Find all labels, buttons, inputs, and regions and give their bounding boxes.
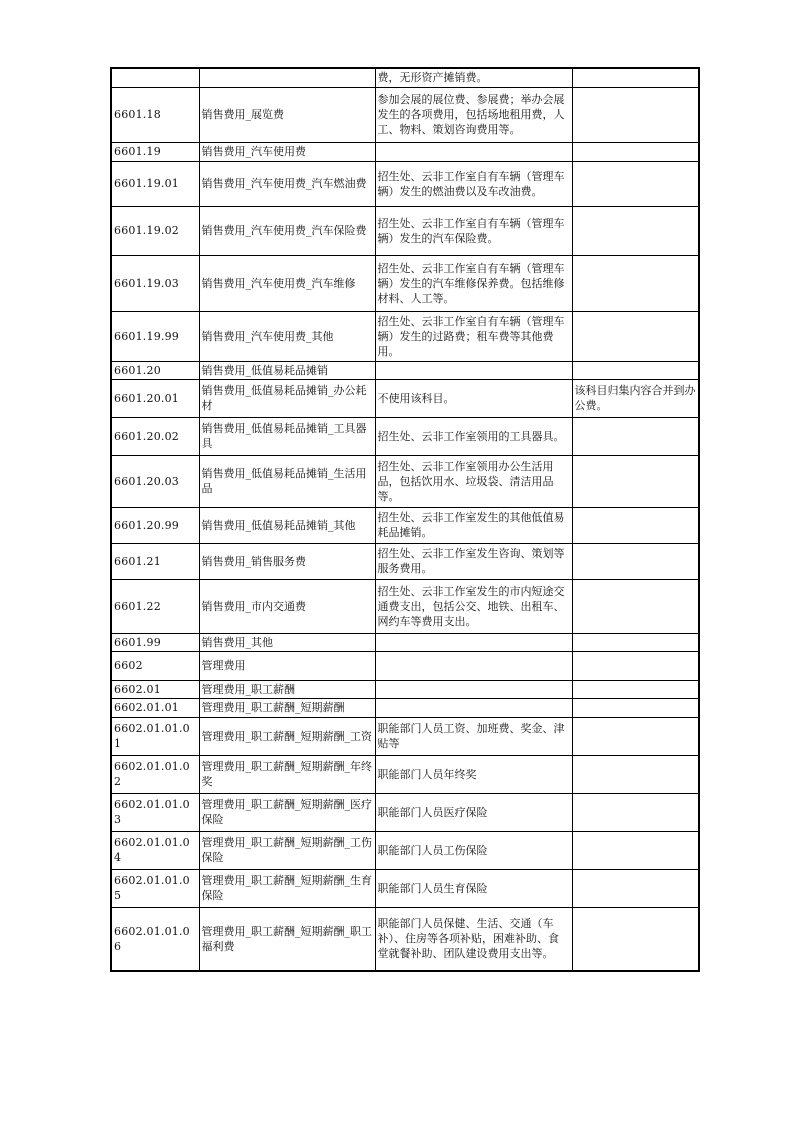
account-name-cell: 销售费用_汽车使用费 xyxy=(199,142,375,161)
description-cell: 招生处、云非工作室领用的工具器具。 xyxy=(375,417,572,455)
account-name-cell: 销售费用_展览费 xyxy=(199,87,375,142)
description-cell: 招生处、云非工作室自有车辆（管理车辆）发生的燃油费以及车改油费。 xyxy=(375,161,572,206)
note-cell xyxy=(572,87,699,142)
table-row: 6602.01.01.04管理费用_职工薪酬_短期薪酬_工伤保险职能部门人员工伤… xyxy=(111,831,699,869)
note-cell: 该科目归集内容合并到办公费。 xyxy=(572,379,699,417)
account-name-cell: 管理费用_职工薪酬_短期薪酬_工资 xyxy=(199,717,375,755)
table-row: 6601.20.99销售费用_低值易耗品摊销_其他招生处、云非工作室发生的其他低… xyxy=(111,507,699,543)
account-code-cell: 6602.01.01.01 xyxy=(111,717,199,755)
table-row: 6602.01.01管理费用_职工薪酬_短期薪酬 xyxy=(111,698,699,717)
account-code-cell: 6602.01.01.04 xyxy=(111,831,199,869)
table-row: 6601.20销售费用_低值易耗品摊销 xyxy=(111,361,699,379)
account-name-cell: 管理费用_职工薪酬_短期薪酬 xyxy=(199,698,375,717)
description-cell: 职能部门人员工资、加班费、奖金、津贴等 xyxy=(375,717,572,755)
table-row: 6601.21销售费用_销售服务费招生处、云非工作室发生咨询、策划等服务费用。 xyxy=(111,543,699,579)
note-cell xyxy=(572,206,699,255)
account-name-cell: 销售费用_销售服务费 xyxy=(199,543,375,579)
account-code-cell: 6601.20.01 xyxy=(111,379,199,417)
account-table-body: 费，无形资产摊销费。6601.18销售费用_展览费参加会展的展位费、参展费；举办… xyxy=(111,68,699,971)
account-name-cell: 管理费用 xyxy=(199,651,375,680)
account-name-cell: 销售费用_其他 xyxy=(199,633,375,651)
account-name-cell: 管理费用_职工薪酬_短期薪酬_生育保险 xyxy=(199,869,375,907)
table-row: 6601.19.01销售费用_汽车使用费_汽车燃油费招生处、云非工作室自有车辆（… xyxy=(111,161,699,206)
account-code-cell: 6601.19 xyxy=(111,142,199,161)
description-cell: 招生处、云非工作室发生咨询、策划等服务费用。 xyxy=(375,543,572,579)
account-code-cell: 6602.01.01.05 xyxy=(111,869,199,907)
description-cell: 招生处、云非工作室领用办公生活用品，包括饮用水、垃圾袋、清洁用品等。 xyxy=(375,455,572,507)
description-cell xyxy=(375,651,572,680)
table-row: 6602.01管理费用_职工薪酬 xyxy=(111,680,699,698)
description-cell: 招生处、云非工作室自有车辆（管理车辆）发生的汽车保险费。 xyxy=(375,206,572,255)
table-row: 6601.20.03销售费用_低值易耗品摊销_生活用品招生处、云非工作室领用办公… xyxy=(111,455,699,507)
description-cell: 招生处、云非工作室发生的其他低值易耗品摊销。 xyxy=(375,507,572,543)
account-name-cell: 销售费用_汽车使用费_汽车保险费 xyxy=(199,206,375,255)
account-table: 费，无形资产摊销费。6601.18销售费用_展览费参加会展的展位费、参展费；举办… xyxy=(110,67,700,972)
account-name-cell: 销售费用_低值易耗品摊销_工具器具 xyxy=(199,417,375,455)
table-row: 6601.22销售费用_市内交通费招生处、云非工作室发生的市内短途交通费支出，包… xyxy=(111,579,699,633)
table-row: 6601.99销售费用_其他 xyxy=(111,633,699,651)
note-cell xyxy=(572,831,699,869)
account-code-cell: 6601.21 xyxy=(111,543,199,579)
table-row: 6601.19.02销售费用_汽车使用费_汽车保险费招生处、云非工作室自有车辆（… xyxy=(111,206,699,255)
description-cell xyxy=(375,680,572,698)
table-row: 6602.01.01.06管理费用_职工薪酬_短期薪酬_职工福利费职能部门人员保… xyxy=(111,907,699,971)
account-name-cell: 管理费用_职工薪酬 xyxy=(199,680,375,698)
table-row: 6602管理费用 xyxy=(111,651,699,680)
table-row: 6602.01.01.03管理费用_职工薪酬_短期薪酬_医疗保险职能部门人员医疗… xyxy=(111,793,699,831)
table-row: 6601.20.02销售费用_低值易耗品摊销_工具器具招生处、云非工作室领用的工… xyxy=(111,417,699,455)
description-cell: 职能部门人员工伤保险 xyxy=(375,831,572,869)
account-name-cell: 管理费用_职工薪酬_短期薪酬_年终奖 xyxy=(199,755,375,793)
note-cell xyxy=(572,311,699,361)
account-name-cell: 销售费用_低值易耗品摊销_办公耗材 xyxy=(199,379,375,417)
note-cell xyxy=(572,680,699,698)
description-cell xyxy=(375,633,572,651)
note-cell xyxy=(572,161,699,206)
account-name-cell: 管理费用_职工薪酬_短期薪酬_工伤保险 xyxy=(199,831,375,869)
table-row: 6601.19.99销售费用_汽车使用费_其他招生处、云非工作室自有车辆（管理车… xyxy=(111,311,699,361)
account-name-cell: 销售费用_汽车使用费_汽车维修 xyxy=(199,255,375,311)
note-cell xyxy=(572,907,699,971)
table-row: 6601.19.03销售费用_汽车使用费_汽车维修招生处、云非工作室自有车辆（管… xyxy=(111,255,699,311)
description-cell: 招生处、云非工作室发生的市内短途交通费支出，包括公交、地铁、出租车、网约车等费用… xyxy=(375,579,572,633)
description-cell: 招生处、云非工作室自有车辆（管理车辆）发生的过路费；租车费等其他费用。 xyxy=(375,311,572,361)
table-row: 6601.18销售费用_展览费参加会展的展位费、参展费；举办会展发生的各项费用，… xyxy=(111,87,699,142)
account-code-cell: 6601.19.03 xyxy=(111,255,199,311)
account-code-cell: 6601.20 xyxy=(111,361,199,379)
account-code-cell: 6601.99 xyxy=(111,633,199,651)
account-name-cell: 管理费用_职工薪酬_短期薪酬_医疗保险 xyxy=(199,793,375,831)
note-cell xyxy=(572,543,699,579)
table-row: 费，无形资产摊销费。 xyxy=(111,68,699,87)
account-name-cell xyxy=(199,68,375,87)
table-row: 6602.01.01.01管理费用_职工薪酬_短期薪酬_工资职能部门人员工资、加… xyxy=(111,717,699,755)
account-code-cell: 6602.01.01 xyxy=(111,698,199,717)
account-name-cell: 销售费用_汽车使用费_汽车燃油费 xyxy=(199,161,375,206)
table-row: 6602.01.01.05管理费用_职工薪酬_短期薪酬_生育保险职能部门人员生育… xyxy=(111,869,699,907)
account-code-cell: 6601.20.02 xyxy=(111,417,199,455)
description-cell xyxy=(375,698,572,717)
description-cell xyxy=(375,361,572,379)
note-cell xyxy=(572,417,699,455)
note-cell xyxy=(572,717,699,755)
table-row: 6601.20.01销售费用_低值易耗品摊销_办公耗材不使用该科目。该科目归集内… xyxy=(111,379,699,417)
note-cell xyxy=(572,633,699,651)
description-cell: 不使用该科目。 xyxy=(375,379,572,417)
account-code-cell: 6601.19.01 xyxy=(111,161,199,206)
description-cell: 招生处、云非工作室自有车辆（管理车辆）发生的汽车维修保养费。包括维修材料、人工等… xyxy=(375,255,572,311)
note-cell xyxy=(572,455,699,507)
note-cell xyxy=(572,142,699,161)
account-code-cell: 6602 xyxy=(111,651,199,680)
note-cell xyxy=(572,68,699,87)
table-row: 6601.19销售费用_汽车使用费 xyxy=(111,142,699,161)
description-cell: 参加会展的展位费、参展费；举办会展发生的各项费用，包括场地租用费，人工、物料、策… xyxy=(375,87,572,142)
note-cell xyxy=(572,579,699,633)
account-code-cell: 6601.20.99 xyxy=(111,507,199,543)
account-code-cell: 6602.01.01.03 xyxy=(111,793,199,831)
account-code-cell: 6601.19.99 xyxy=(111,311,199,361)
note-cell xyxy=(572,755,699,793)
description-cell: 费，无形资产摊销费。 xyxy=(375,68,572,87)
account-name-cell: 销售费用_低值易耗品摊销_其他 xyxy=(199,507,375,543)
description-cell: 职能部门人员保健、生活、交通（车补）、住房等各项补贴，困难补助、食堂就餐补助、团… xyxy=(375,907,572,971)
description-cell: 职能部门人员生育保险 xyxy=(375,869,572,907)
account-code-cell: 6601.18 xyxy=(111,87,199,142)
account-code-cell: 6601.22 xyxy=(111,579,199,633)
note-cell xyxy=(572,507,699,543)
account-name-cell: 销售费用_低值易耗品摊销 xyxy=(199,361,375,379)
description-cell xyxy=(375,142,572,161)
note-cell xyxy=(572,698,699,717)
account-code-cell: 6601.19.02 xyxy=(111,206,199,255)
note-cell xyxy=(572,361,699,379)
account-code-cell: 6601.20.03 xyxy=(111,455,199,507)
description-cell: 职能部门人员年终奖 xyxy=(375,755,572,793)
account-name-cell: 销售费用_低值易耗品摊销_生活用品 xyxy=(199,455,375,507)
description-cell: 职能部门人员医疗保险 xyxy=(375,793,572,831)
account-name-cell: 管理费用_职工薪酬_短期薪酬_职工福利费 xyxy=(199,907,375,971)
account-code-cell xyxy=(111,68,199,87)
note-cell xyxy=(572,869,699,907)
account-code-cell: 6602.01.01.06 xyxy=(111,907,199,971)
account-name-cell: 销售费用_市内交通费 xyxy=(199,579,375,633)
table-row: 6602.01.01.02管理费用_职工薪酬_短期薪酬_年终奖职能部门人员年终奖 xyxy=(111,755,699,793)
note-cell xyxy=(572,793,699,831)
account-name-cell: 销售费用_汽车使用费_其他 xyxy=(199,311,375,361)
note-cell xyxy=(572,651,699,680)
account-code-cell: 6602.01 xyxy=(111,680,199,698)
note-cell xyxy=(572,255,699,311)
account-code-cell: 6602.01.01.02 xyxy=(111,755,199,793)
